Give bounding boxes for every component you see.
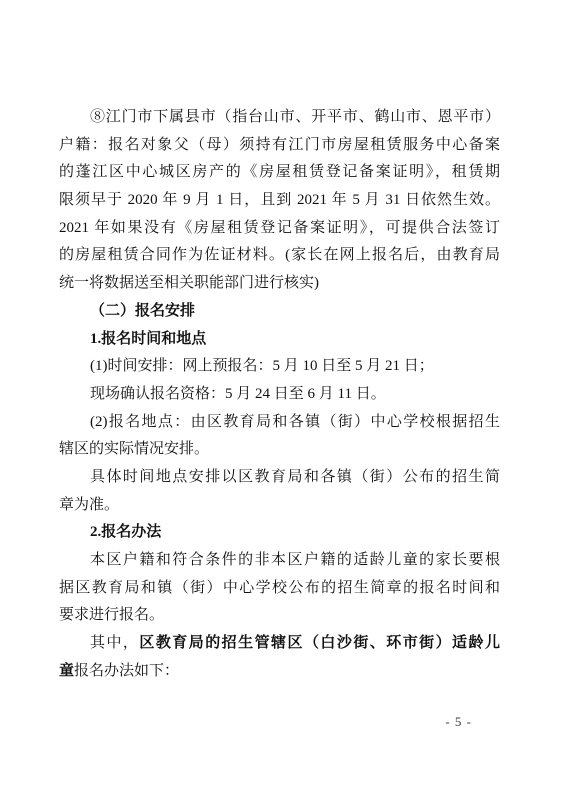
heading-text: 1.报名时间和地点 [90, 331, 206, 347]
doc-line-time-1: (1)时间安排：网上预报名：5 月 10 日至 5 月 21 日； [59, 353, 500, 381]
doc-line-method-3: 要求进行报名。 [59, 602, 500, 630]
text-segment-bold: 区教育局的招生管辖区（白沙街、环市街）适龄儿 [139, 635, 500, 651]
heading-sub-2: 2.报名办法 [59, 519, 500, 547]
heading-text: （二）报名安排 [90, 303, 195, 319]
text-segment: 统一将数据送至相关职能部门进行核实) [59, 275, 319, 291]
doc-line-item8-7: 统一将数据送至相关职能部门进行核实) [59, 270, 500, 298]
text-segment: ⑧江门市下属县市（指台山市、开平市、鹤山市、恩平市） [90, 109, 500, 125]
doc-line-place-2: 辖区的实际情况安排。 [59, 436, 500, 464]
heading-text: 2.报名办法 [90, 524, 161, 540]
document-page: ⑧江门市下属县市（指台山市、开平市、鹤山市、恩平市） 户籍：报名对象父（母）须持… [0, 0, 566, 800]
doc-line-detail-1: 具体时间地点安排以区教育局和各镇（街）公布的招生简 [59, 464, 500, 492]
text-segment: 其中， [90, 635, 139, 651]
doc-line-item8-1: ⑧江门市下属县市（指台山市、开平市、鹤山市、恩平市） [59, 104, 500, 132]
page-body: ⑧江门市下属县市（指台山市、开平市、鹤山市、恩平市） 户籍：报名对象父（母）须持… [59, 104, 500, 685]
text-segment: 限须早于 2020 年 9 月 1 日，且到 2021 年 5 月 31 日依然… [59, 192, 500, 208]
text-segment: 户籍：报名对象父（母）须持有江门市房屋租赁服务中心备案 [59, 137, 500, 153]
doc-line-method-1: 本区户籍和符合条件的非本区户籍的适龄儿童的家长要根 [59, 547, 500, 575]
text-segment: 辖区的实际情况安排。 [59, 441, 209, 457]
text-segment: 报名办法如下： [74, 663, 179, 679]
text-segment: 具体时间地点安排以区教育局和各镇（街）公布的招生简 [90, 469, 500, 485]
doc-line-place-1: (2)报名地点：由区教育局和各镇（街）中心学校根据招生 [59, 409, 500, 437]
text-segment: 要求进行报名。 [59, 607, 164, 623]
text-segment: 据区教育局和镇（街）中心学校公布的招生简章的报名时间和 [59, 580, 500, 596]
text-segment: 2021 年如果没有《房屋租赁登记备案证明》，可提供合法签订 [59, 220, 500, 236]
page-number: - 5 - [445, 714, 472, 730]
heading-sub-1: 1.报名时间和地点 [59, 326, 500, 354]
doc-line-item8-3: 的蓬江区中心城区房产的《房屋租赁登记备案证明》，租赁期 [59, 159, 500, 187]
text-segment: (2)报名地点：由区教育局和各镇（街）中心学校根据招生 [90, 414, 500, 430]
doc-line-item8-2: 户籍：报名对象父（母）须持有江门市房屋租赁服务中心备案 [59, 132, 500, 160]
text-segment: 现场确认报名资格：5 月 24 日至 6 月 11 日。 [90, 386, 386, 402]
heading-section-2: （二）报名安排 [59, 298, 500, 326]
doc-line-item8-5: 2021 年如果没有《房屋租赁登记备案证明》，可提供合法签订 [59, 215, 500, 243]
text-segment: 本区户籍和符合条件的非本区户籍的适龄儿童的家长要根 [90, 552, 500, 568]
doc-line-mixed-1: 其中，区教育局的招生管辖区（白沙街、环市街）适龄儿 [59, 630, 500, 658]
doc-line-item8-4: 限须早于 2020 年 9 月 1 日，且到 2021 年 5 月 31 日依然… [59, 187, 500, 215]
doc-line-method-2: 据区教育局和镇（街）中心学校公布的招生简章的报名时间和 [59, 575, 500, 603]
text-segment: 的蓬江区中心城区房产的《房屋租赁登记备案证明》，租赁期 [59, 164, 500, 180]
doc-line-time-2: 现场确认报名资格：5 月 24 日至 6 月 11 日。 [59, 381, 500, 409]
text-segment: 章为准。 [59, 497, 119, 513]
doc-line-mixed-2: 童报名办法如下： [59, 658, 500, 686]
text-segment: 的房屋租赁合同作为佐证材料。(家长在网上报名后，由教育局 [59, 247, 500, 263]
text-segment-bold: 童 [59, 663, 74, 679]
doc-line-detail-2: 章为准。 [59, 492, 500, 520]
doc-line-item8-6: 的房屋租赁合同作为佐证材料。(家长在网上报名后，由教育局 [59, 242, 500, 270]
text-segment: (1)时间安排：网上预报名：5 月 10 日至 5 月 21 日； [90, 358, 434, 374]
